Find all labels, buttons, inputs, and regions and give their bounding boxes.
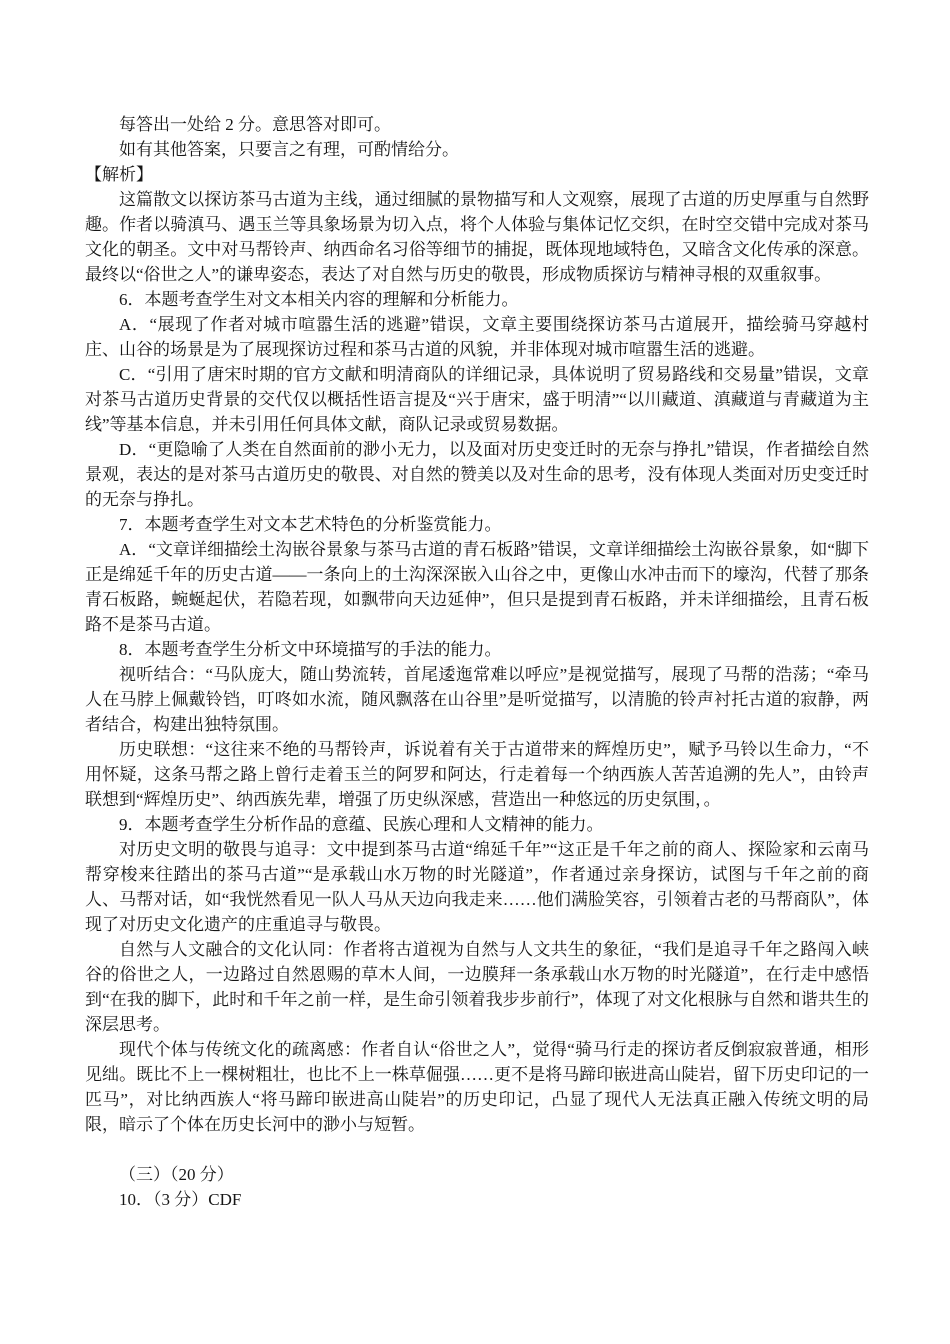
blank-line-spacer <box>85 1137 869 1162</box>
section-three-heading: （三）（20 分） <box>85 1162 869 1187</box>
question-10-answer: 10．（3 分）CDF <box>85 1187 869 1212</box>
question-7-option-a-analysis: A．“文章详细描绘土沟嵌谷景象与茶马古道的青石板路”错误，文章详细描绘土沟嵌谷景… <box>85 537 869 637</box>
question-6-option-c-analysis: C．“引用了唐宋时期的官方文献和明清商队的详细记录，具体说明了贸易路线和交易量”… <box>85 362 869 437</box>
document-page: 每答出一处给 2 分。意思答对即可。 如有其他答案，只要言之有理，可酌情给分。 … <box>85 112 869 1212</box>
question-8-heading: 8．本题考查学生分析文中环境描写的手法的能力。 <box>85 637 869 662</box>
question-6-option-d-analysis: D．“更隐喻了人类在自然面前的渺小无力，以及面对历史变迁时的无奈与挣扎”错误，作… <box>85 437 869 512</box>
alternative-answers-note: 如有其他答案，只要言之有理，可酌情给分。 <box>85 137 869 162</box>
question-7-heading: 7．本题考查学生对文本艺术特色的分析鉴赏能力。 <box>85 512 869 537</box>
question-9-point-reverence: 对历史文明的敬畏与追寻：文中提到茶马古道“绵延千年”“这正是千年之前的商人、探险… <box>85 837 869 937</box>
question-8-point-audio-visual: 视听结合：“马队庞大，随山势流转，首尾逶迤常难以呼应”是视觉描写，展现了马帮的浩… <box>85 662 869 737</box>
analysis-label: 【解析】 <box>85 162 869 187</box>
question-9-point-cultural-identity: 自然与人文融合的文化认同：作者将古道视为自然与人文共生的象征，“我们是追寻千年之… <box>85 937 869 1037</box>
analysis-overview: 这篇散文以探访茶马古道为主线，通过细腻的景物描写和人文观察，展现了古道的历史厚重… <box>85 187 869 287</box>
question-9-heading: 9．本题考查学生分析作品的意蕴、民族心理和人文精神的能力。 <box>85 812 869 837</box>
question-6-option-a-analysis: A．“展现了作者对城市喧嚣生活的逃避”错误，文章主要围绕探访茶马古道展开，描绘骑… <box>85 312 869 362</box>
question-6-heading: 6．本题考查学生对文本相关内容的理解和分析能力。 <box>85 287 869 312</box>
question-9-point-alienation: 现代个体与传统文化的疏离感：作者自认“俗世之人”，觉得“骑马行走的探访者反倒寂寂… <box>85 1037 869 1137</box>
question-8-point-historical-association: 历史联想：“这往来不绝的马帮铃声，诉说着有关于古道带来的辉煌历史”，赋予马铃以生… <box>85 737 869 812</box>
scoring-rule-line: 每答出一处给 2 分。意思答对即可。 <box>85 112 869 137</box>
